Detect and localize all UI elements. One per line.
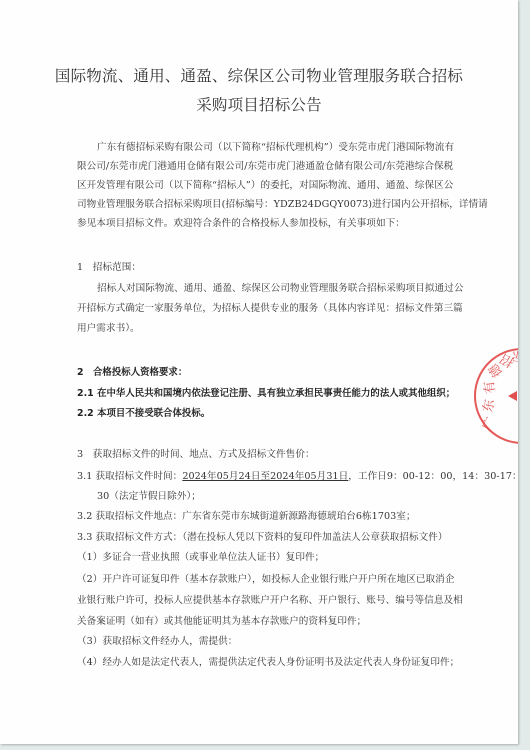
item-suffix: ，工作日9：00-12：00，14：30-17：: [348, 471, 518, 482]
sub-item: 关备案证明（如有）或其他能证明其为基本存款账户的资料复印件；: [77, 616, 366, 628]
sub-item: （1）多证合一营业执照（或事业单位法人证书）复印件；: [77, 552, 324, 564]
section-heading: 1 招标范围：: [77, 262, 141, 274]
sub-item: 业银行账户许可，投标人应提供基本存款账户开户名称、开户银行、账号、编号等信息及相: [77, 595, 463, 607]
section-line: 开招标方式确定一家服务单位，为招标人提供专业的服务（具体内容详见：招标文件第三篇: [77, 303, 463, 315]
section-item: 3.1 获取招标文件时间：2024年05月24日至2024年05月31日，工作日…: [77, 471, 518, 483]
section-item: 2.1 在中华人民共和国境内依法登记注册、具有独立承担民事责任能力的法人或其他组…: [77, 388, 455, 400]
seal-star-icon: [508, 391, 517, 401]
intro-line: 广东有德招标采购有限公司（以下简称“招标代理机构”）受东莞市虎门港国际物流有: [97, 142, 454, 154]
sub-item: （3）获取招标文件经办人，需提供：: [77, 636, 237, 648]
sub-item: （2）开户许可证复印件（基本存款账户），如投标人企业银行账户开户所在地区已取消企: [77, 574, 454, 586]
section-item: 3.2 获取招标文件地点：广东省东莞市东城街道新源路海德琥珀台6栋1703室；: [77, 511, 416, 523]
date-range: 2024年05月24日至2024年05月31日: [182, 471, 348, 482]
section-item: 3.3 获取招标文件方式：（潜在投标人凭以下资料的复印件加盖法人公章获取招标文件…: [77, 532, 448, 544]
section-item: 2.2 本项目不接受联合体投标。: [77, 408, 210, 420]
section-line: 招标人对国际物流、通用、通盈、综保区公司物业管理服务联合招标采购项目拟通过公: [97, 283, 463, 295]
document-title-line2: 采购项目招标公告: [0, 93, 518, 115]
section-line: 用户需求书）。: [77, 323, 140, 335]
section-heading: 3 获取招标文件的时间、地点、方式及招标文件售价：: [77, 449, 315, 461]
section-item-cont: 30（法定节假日除外）；: [97, 491, 201, 503]
document-page: 国际物流、通用、通盈、综保区公司物业管理服务联合招标 采购项目招标公告 广东有德…: [0, 0, 518, 744]
section-heading: 2 合格投标人资格要求：: [77, 367, 187, 379]
document-title-line1: 国际物流、通用、通盈、综保区公司物业管理服务联合招标: [0, 64, 518, 86]
sub-item: （4）经办人如是法定代表人，需提供法定代表人身份证明书及法定代表人身份证复印件；: [77, 657, 459, 669]
intro-line: 参见本项目招标文件。欢迎符合条件的合格投标人参加投标，有关事项如下：: [77, 218, 405, 230]
intro-line: 区开发管理有限公司（以下简称“招标人”）的委托，对国际物流、通用、通盈、综保区公: [77, 180, 453, 192]
intro-line: 司物业管理服务联合招标采购项目(招标编号：YDZB24DGQY0073)进行国内…: [77, 199, 488, 211]
intro-line: 限公司/东莞市虎门港通用仓储有限公司/东莞市虎门港通盈仓储有限公司/东莞港综合保…: [77, 161, 453, 173]
item-prefix: 3.1 获取招标文件时间：: [77, 471, 182, 482]
